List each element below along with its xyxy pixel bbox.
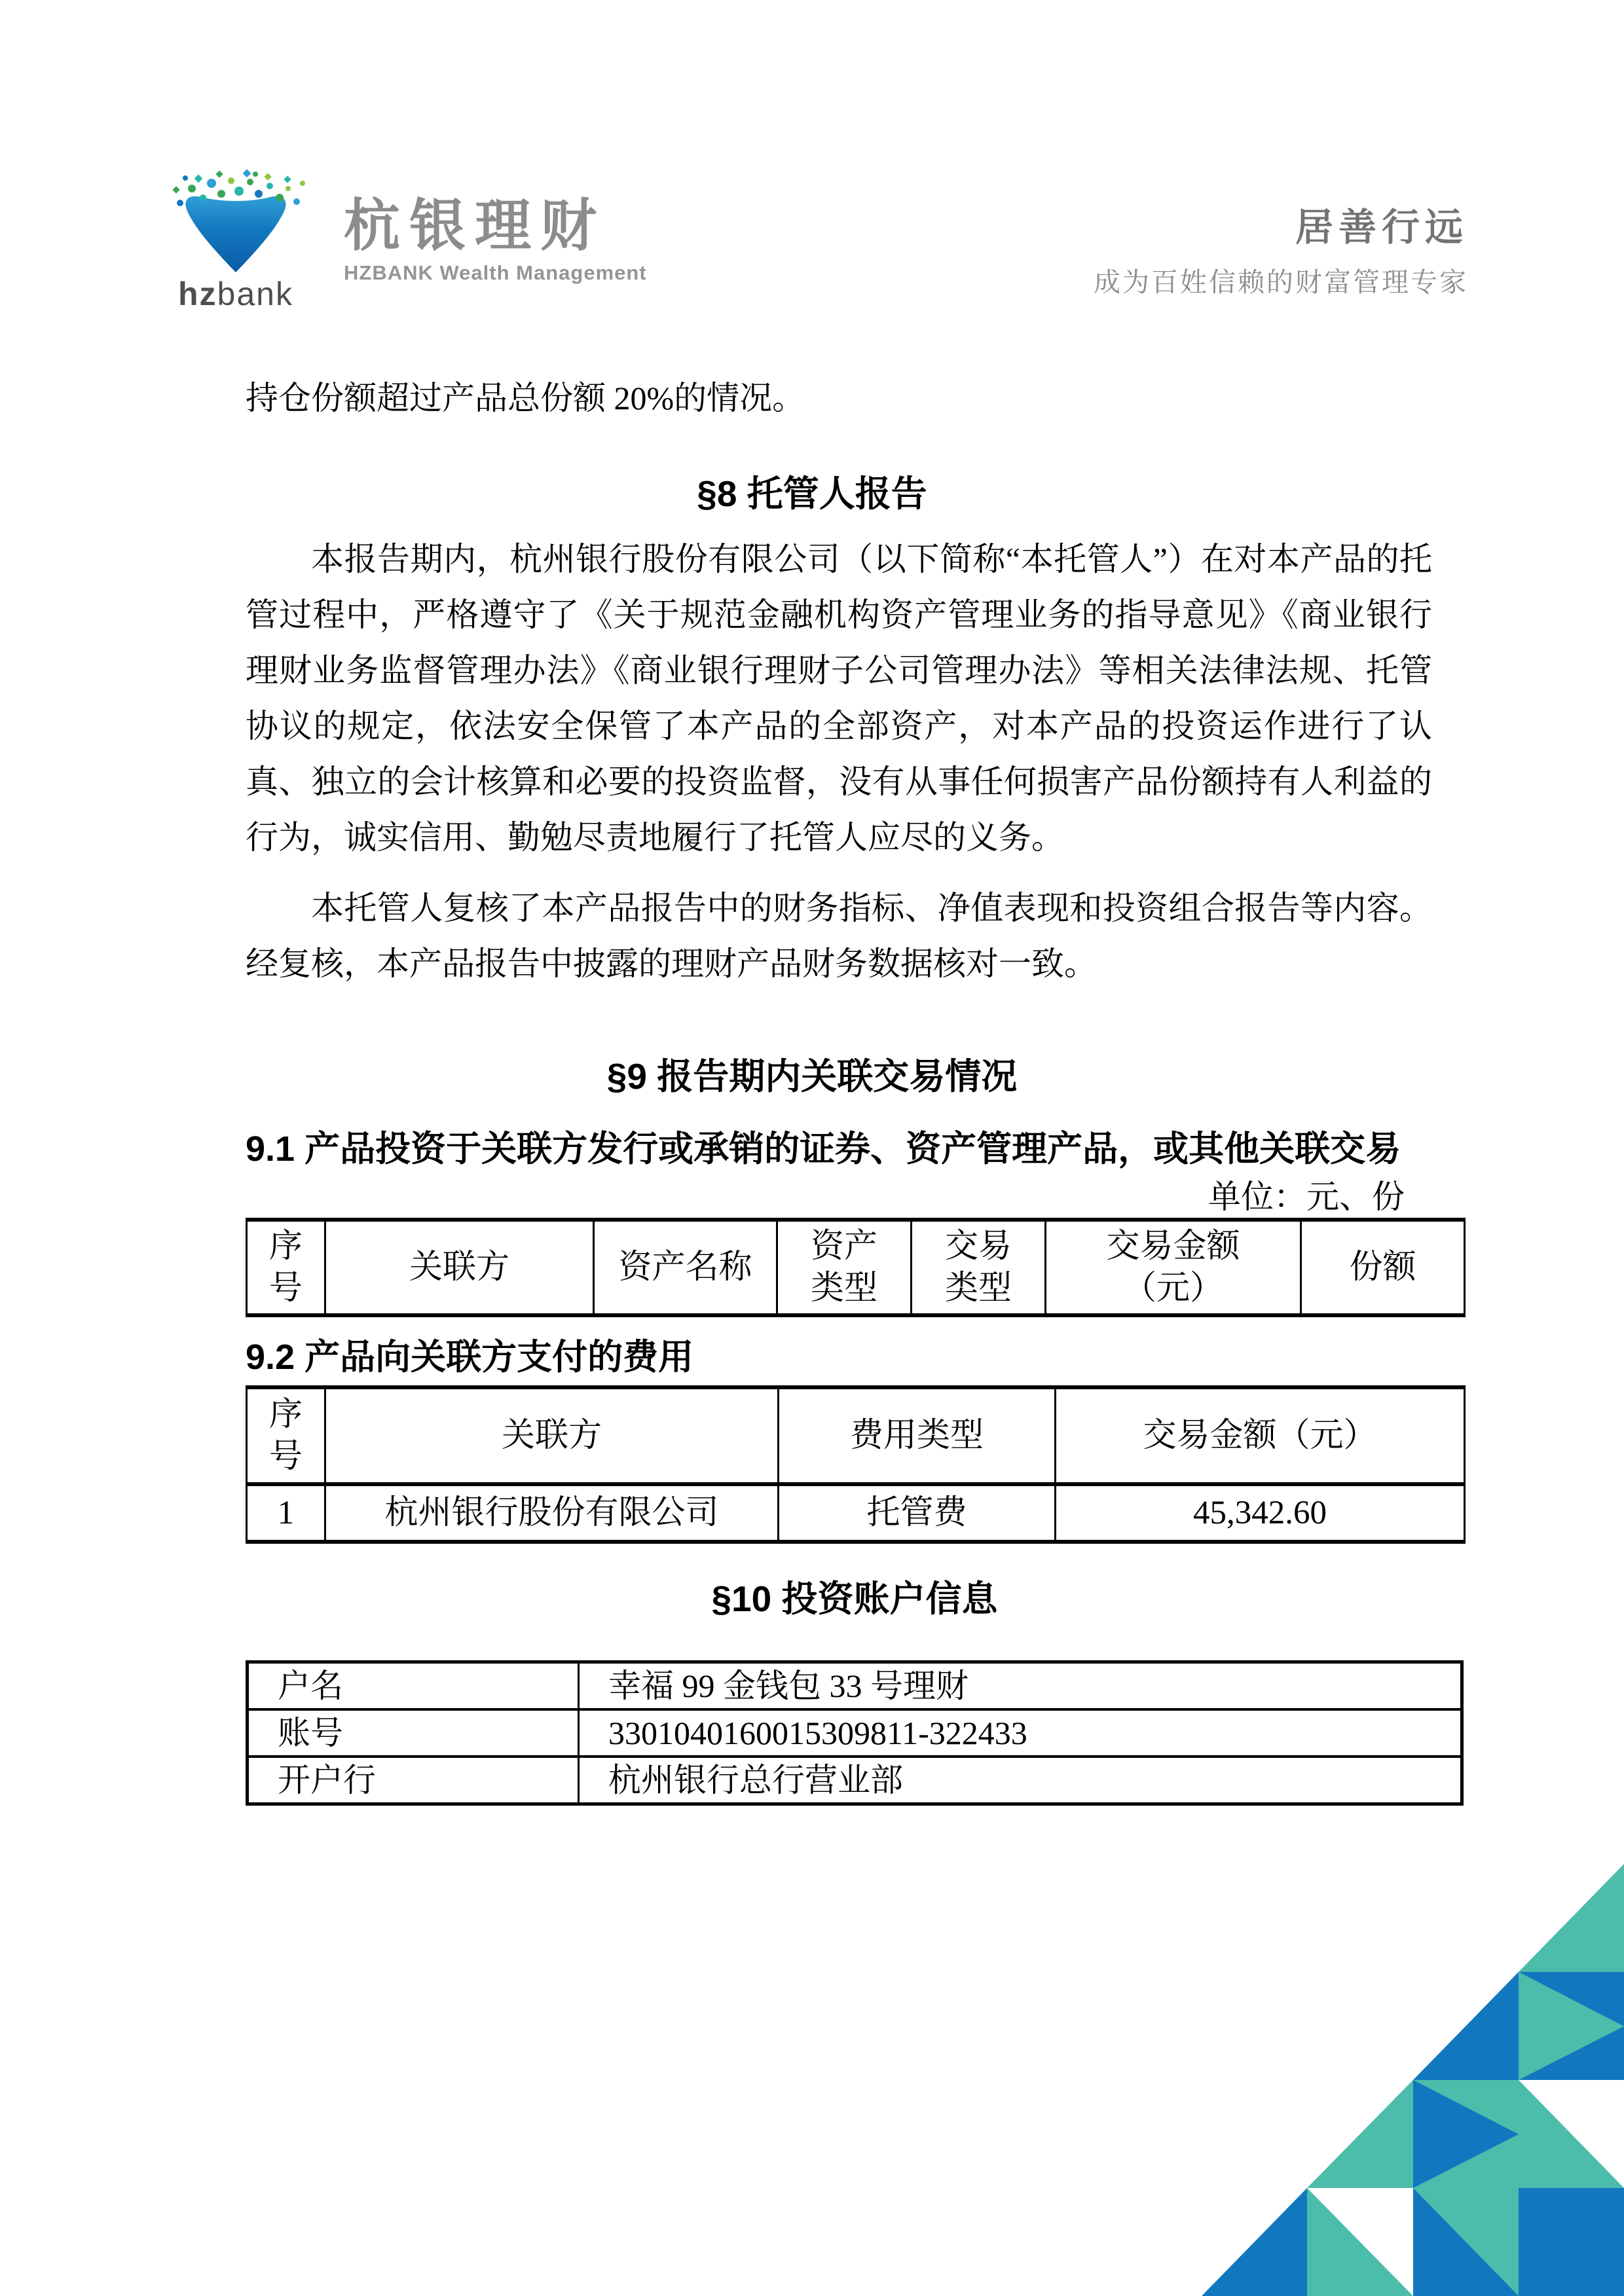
cell-fee-type: 托管费 bbox=[779, 1484, 1056, 1542]
value-opening-bank: 杭州银行总行营业部 bbox=[579, 1757, 1462, 1804]
col-trade-amount: 交易金额（元） bbox=[1056, 1387, 1465, 1484]
col-fee-type: 费用类型 bbox=[779, 1387, 1056, 1484]
slogan-main: 居善行远 bbox=[1094, 196, 1468, 251]
col-seq: 序 号 bbox=[247, 1387, 325, 1484]
header-logo: hzbank 杭银理财 HZBANK Wealth Management bbox=[154, 169, 647, 313]
table-row: 开户行 杭州银行总行营业部 bbox=[248, 1757, 1462, 1804]
corner-triangles-decoration bbox=[1202, 1864, 1624, 2296]
label-account-number: 账号 bbox=[248, 1709, 579, 1757]
col-trade-type: 交易 类型 bbox=[912, 1220, 1046, 1315]
slogan-sub: 成为百姓信赖的财富管理专家 bbox=[1094, 261, 1468, 299]
table-header-row: 序 号 关联方 费用类型 交易金额（元） bbox=[247, 1387, 1465, 1484]
section10-title: §10 投资账户信息 bbox=[246, 1570, 1464, 1622]
section8-paragraph-2: 本托管人复核了本产品报告中的财务指标、净值表现和投资组合报告等内容。经复核，本产… bbox=[246, 881, 1432, 992]
value-account-name: 幸福 99 金钱包 33 号理财 bbox=[579, 1662, 1462, 1710]
brand-latin-bank: bank bbox=[217, 276, 293, 312]
brand-latin: hzbank bbox=[178, 275, 293, 313]
col-shares: 份额 bbox=[1301, 1220, 1465, 1315]
section9-1-title: 9.1 产品投资于关联方发行或承销的证券、资产管理产品，或其他关联交易 bbox=[246, 1121, 1401, 1171]
col-related-party: 关联方 bbox=[325, 1220, 594, 1315]
section9-2-title: 9.2 产品向关联方支付的费用 bbox=[246, 1329, 693, 1379]
label-opening-bank: 开户行 bbox=[248, 1757, 579, 1804]
hzbank-logo: hzbank bbox=[154, 169, 318, 313]
brand-text-block: 杭银理财 HZBANK Wealth Management bbox=[344, 169, 647, 285]
table-row: 1 杭州银行股份有限公司 托管费 45,342.60 bbox=[247, 1484, 1465, 1542]
table-row: 账号 3301040160015309811-322433 bbox=[248, 1709, 1462, 1757]
intro-line: 持仓份额超过产品总份额 20%的情况。 bbox=[246, 371, 1432, 426]
brand-latin-hz: hz bbox=[178, 276, 217, 312]
cell-seq: 1 bbox=[247, 1484, 325, 1542]
hzbank-logo-icon bbox=[154, 169, 318, 274]
report-page: hzbank 杭银理财 HZBANK Wealth Management 居善行… bbox=[0, 0, 1624, 2296]
section8-paragraph-1: 本报告期内，杭州银行股份有限公司（以下简称“本托管人”）在对本产品的托管过程中，… bbox=[246, 532, 1432, 866]
section8-title: §8 托管人报告 bbox=[246, 465, 1378, 517]
col-trade-amount: 交易金额 （元） bbox=[1046, 1220, 1301, 1315]
account-info-table: 户名 幸福 99 金钱包 33 号理财 账号 33010401600153098… bbox=[246, 1660, 1464, 1806]
unit-note: 单位：元、份 bbox=[246, 1171, 1405, 1218]
cell-trade-amount: 45,342.60 bbox=[1056, 1484, 1465, 1542]
col-seq: 序 号 bbox=[247, 1220, 325, 1315]
header-slogan: 居善行远 成为百姓信赖的财富管理专家 bbox=[1094, 196, 1468, 299]
fees-table: 序 号 关联方 费用类型 交易金额（元） 1 杭州银行股份有限公司 托管费 45… bbox=[246, 1385, 1466, 1544]
col-asset-type: 资产 类型 bbox=[777, 1220, 912, 1315]
brand-name-cn: 杭银理财 bbox=[344, 195, 647, 257]
related-trade-table: 序 号 关联方 资产名称 资产 类型 交易 类型 交易金额 （元） 份额 bbox=[246, 1218, 1466, 1317]
table-row: 户名 幸福 99 金钱包 33 号理财 bbox=[248, 1662, 1462, 1710]
value-account-number: 3301040160015309811-322433 bbox=[579, 1709, 1462, 1757]
col-asset-name: 资产名称 bbox=[594, 1220, 777, 1315]
table-header-row: 序 号 关联方 资产名称 资产 类型 交易 类型 交易金额 （元） 份额 bbox=[247, 1220, 1465, 1315]
col-related-party: 关联方 bbox=[325, 1387, 779, 1484]
brand-name-en: HZBANK Wealth Management bbox=[344, 261, 647, 285]
cell-related-party: 杭州银行股份有限公司 bbox=[325, 1484, 779, 1542]
section9-title: §9 报告期内关联交易情况 bbox=[246, 1048, 1378, 1099]
label-account-name: 户名 bbox=[248, 1662, 579, 1710]
